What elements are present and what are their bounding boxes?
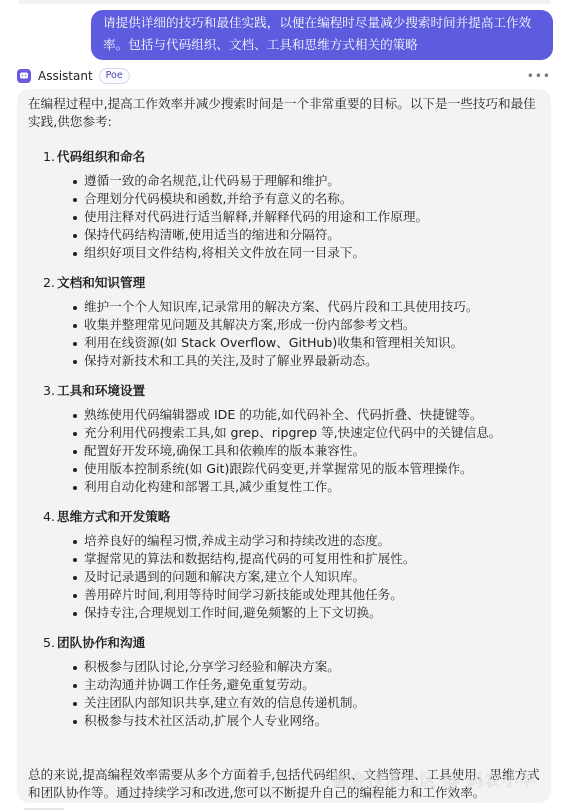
bullet-list: 遵循一致的命名规范,让代码易于理解和维护。 合理划分代码模块和函数,并给予有意义… [28, 172, 539, 262]
list-item: 保持对新技术和工具的关注,及时了解业界最新动态。 [84, 352, 539, 370]
more-options-icon[interactable]: ••• [527, 69, 551, 83]
list-item: 组织好项目文件结构,将相关文件放在同一目录下。 [84, 244, 539, 262]
summary-paragraph: 总的来说,提高编程效率需要从多个方面着手,包括代码组织、文档管理、工具使用、思维… [28, 766, 541, 802]
section-mindset: 4.思维方式和开发策略 培养良好的编程习惯,养成主动学习和持续改进的态度。 掌握… [28, 508, 539, 622]
chat-bubble-icon [19, 71, 29, 81]
list-item: 掌握常见的算法和数据结构,提高代码的可复用性和扩展性。 [84, 550, 539, 568]
poe-badge: Poe [99, 68, 130, 84]
list-item: 培养良好的编程习惯,养成主动学习和持续改进的态度。 [84, 532, 539, 550]
bot-name[interactable]: Assistant [38, 69, 93, 83]
list-item: 积极参与技术社区活动,扩展个人专业网络。 [84, 712, 539, 730]
list-item: 使用注释对代码进行适当解释,并解释代码的用途和工作原理。 [84, 208, 539, 226]
list-item: 合理划分代码模块和函数,并给予有意义的名称。 [84, 190, 539, 208]
assistant-message-card: 在编程过程中,提高工作效率并减少搜索时间是一个非常重要的目标。以下是一些技巧和最… [17, 89, 551, 803]
list-item: 及时记录遇到的问题和解决方案,建立个人知识库。 [84, 568, 539, 586]
bullet-list: 培养良好的编程习惯,养成主动学习和持续改进的态度。 掌握常见的算法和数据结构,提… [28, 532, 539, 622]
list-item: 积极参与团队讨论,分享学习经验和解决方案。 [84, 658, 539, 676]
list-item: 利用自动化构建和部署工具,减少重复性工作。 [84, 478, 539, 496]
intro-paragraph: 在编程过程中,提高工作效率并减少搜索时间是一个非常重要的目标。以下是一些技巧和最… [28, 95, 539, 131]
section-code-organization: 1.代码组织和命名 遵循一致的命名规范,让代码易于理解和维护。 合理划分代码模块… [28, 148, 539, 262]
bullet-list: 维护一个个人知识库,记录常用的解决方案、代码片段和工具使用技巧。 收集并整理常见… [28, 298, 539, 370]
list-item: 使用版本控制系统(如 Git)跟踪代码变更,并掌握常见的版本管理操作。 [84, 460, 539, 478]
list-item: 充分利用代码搜索工具,如 grep、ripgrep 等,快速定位代码中的关键信息… [84, 424, 539, 442]
bullet-list: 积极参与团队讨论,分享学习经验和解决方案。 主动沟通并协调工作任务,避免重复劳动… [28, 658, 539, 730]
section-title: 2.文档和知识管理 [43, 274, 539, 292]
list-item: 遵循一致的命名规范,让代码易于理解和维护。 [84, 172, 539, 190]
list-item: 关注团队内部知识共享,建立有效的信息传递机制。 [84, 694, 539, 712]
list-item: 保持专注,合理规划工作时间,避免频繁的上下文切换。 [84, 604, 539, 622]
section-documentation: 2.文档和知识管理 维护一个个人知识库,记录常用的解决方案、代码片段和工具使用技… [28, 274, 539, 370]
user-message-bubble: 请提供详细的技巧和最佳实践，以便在编程时尽量减少搜索时间并提高工作效率。包括与代… [91, 10, 553, 60]
list-item: 收集并整理常见问题及其解决方案,形成一份内部参考文档。 [84, 316, 539, 334]
section-tools: 3.工具和环境设置 熟练使用代码编辑器或 IDE 的功能,如代码补全、代码折叠、… [28, 382, 539, 496]
list-item: 保持代码结构清晰,使用适当的缩进和分隔符。 [84, 226, 539, 244]
list-item: 熟练使用代码编辑器或 IDE 的功能,如代码补全、代码折叠、快捷键等。 [84, 406, 539, 424]
bot-avatar[interactable] [17, 69, 31, 83]
list-item: 维护一个个人知识库,记录常用的解决方案、代码片段和工具使用技巧。 [84, 298, 539, 316]
section-title: 1.代码组织和命名 [43, 148, 539, 166]
list-item: 善用碎片时间,利用等待时间学习新技能或处理其他任务。 [84, 586, 539, 604]
list-item: 配置好开发环境,确保工具和依赖库的版本兼容性。 [84, 442, 539, 460]
previous-message-edge [18, 0, 551, 4]
section-teamwork: 5.团队协作和沟通 积极参与团队讨论,分享学习经验和解决方案。 主动沟通并协调工… [28, 634, 539, 730]
section-title: 5.团队协作和沟通 [43, 634, 539, 652]
assistant-header: Assistant Poe ••• [17, 66, 551, 86]
section-title: 3.工具和环境设置 [43, 382, 539, 400]
section-title: 4.思维方式和开发策略 [43, 508, 539, 526]
bullet-list: 熟练使用代码编辑器或 IDE 的功能,如代码补全、代码折叠、快捷键等。 充分利用… [28, 406, 539, 496]
list-item: 利用在线资源(如 Stack Overflow、GitHub)收集和管理相关知识… [84, 334, 539, 352]
list-item: 主动沟通并协调工作任务,避免重复劳动。 [84, 676, 539, 694]
user-message-row: 请提供详细的技巧和最佳实践，以便在编程时尽量减少搜索时间并提高工作效率。包括与代… [66, 10, 553, 60]
